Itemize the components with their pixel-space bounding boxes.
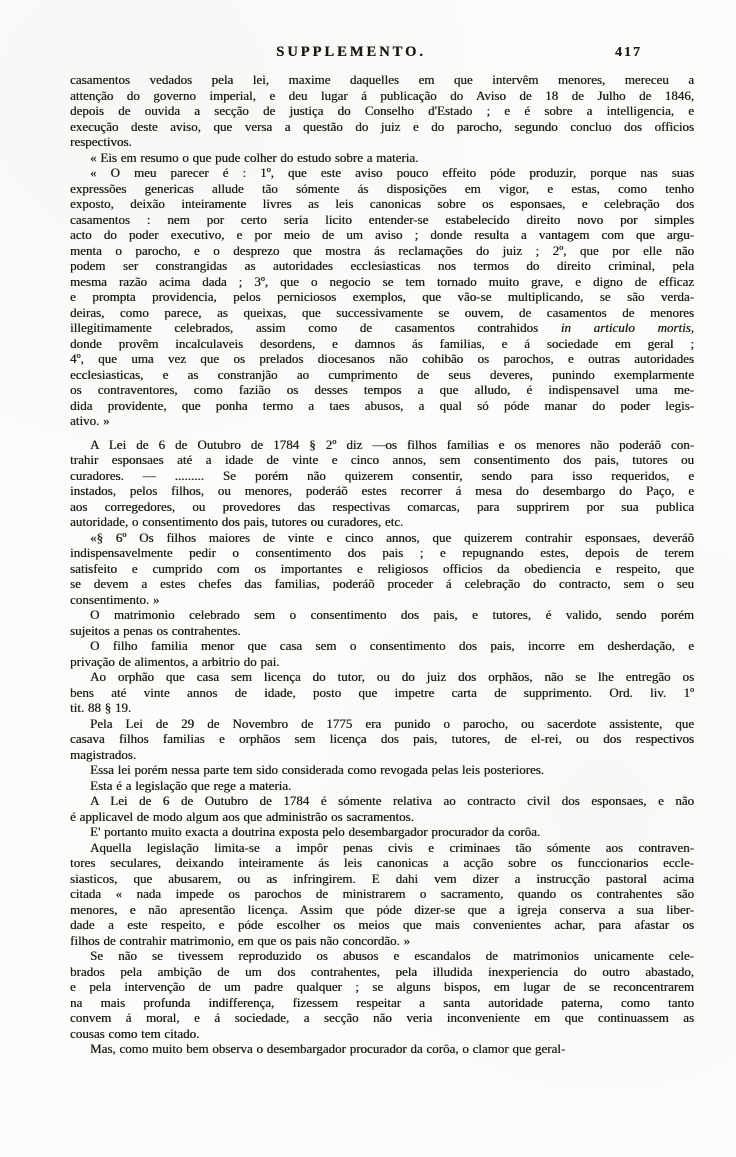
text-line: A Lei de 6 de Outubro de 1784 § 2º diz —… xyxy=(70,437,694,453)
paragraph: A Lei de 6 de Outubro de 1784 § 2º diz —… xyxy=(70,437,694,530)
paragraph: Aquella legislação limita-se a impôr pen… xyxy=(70,840,694,949)
text-line: Essa lei porém nessa parte tem sido cons… xyxy=(70,762,694,778)
page-title: SUPPLEMENTO. xyxy=(0,44,702,61)
paragraph: Ao orphão que casa sem licença do tutor,… xyxy=(70,669,694,716)
text-line: os contraventores, como fazião os desses… xyxy=(70,382,694,398)
text-line: O filho familia menor que casa sem o con… xyxy=(70,638,694,654)
text-line: 4º, que uma vez que os prelados diocesan… xyxy=(70,351,694,367)
text-line: siasticos, que abusarem, ou as infringir… xyxy=(70,871,694,887)
text-line: E' portanto muito exacta a doutrina expo… xyxy=(70,824,694,840)
text-line: se devem a estes chefes das familias, po… xyxy=(70,576,694,592)
text-line: menores, e não apresentão licença. Assim… xyxy=(70,902,694,918)
text-line: A Lei de 6 de Outubro de 1784 é sómente … xyxy=(70,793,694,809)
text-line: e prompta providencia, pelos perniciosos… xyxy=(70,289,694,305)
text-line: consentimento. » xyxy=(70,592,694,608)
text-line: O matrimonio celebrado sem o consentimen… xyxy=(70,607,694,623)
text-line: autoridade, o consentimento dos pais, tu… xyxy=(70,514,694,530)
text-line: magistrados. xyxy=(70,747,694,763)
paragraph: Esta é a legislação que rege a materia. xyxy=(70,778,694,794)
page-number: 417 xyxy=(615,45,642,61)
text-line: mesma razão acima dada ; 3º, que o negoc… xyxy=(70,274,694,290)
text-line: illegitimamente celebrados, assim como d… xyxy=(70,320,694,336)
text-line: deiras, como parece, as queixas, que suc… xyxy=(70,305,694,321)
text-line: aos corregedores, ou provedores das resp… xyxy=(70,499,694,515)
text-line: exposto, deixão inteiramente livres as l… xyxy=(70,196,694,212)
text-segment: illegitimamente celebrados, assim como d… xyxy=(70,320,561,335)
text-line: Mas, como muito bem observa o desembarga… xyxy=(70,1041,694,1057)
text-line: convem á moral, e á sociedade, a secção … xyxy=(70,1010,694,1026)
text-line: menta o parocho, e o desprezo que mostra… xyxy=(70,243,694,259)
paragraph: A Lei de 6 de Outubro de 1784 é sómente … xyxy=(70,793,694,824)
text-line: « O meu parecer é : 1º, que este aviso p… xyxy=(70,165,694,181)
paragraph: casamentos vedados pela lei, maxime daqu… xyxy=(70,72,694,150)
paragraph: Pela Lei de 29 de Novembro de 1775 era p… xyxy=(70,716,694,763)
text-line: Esta é a legislação que rege a materia. xyxy=(70,778,694,794)
text-line: citada « nada impede os parochos de mini… xyxy=(70,886,694,902)
text-line: casava filhos familias e orphãos sem lic… xyxy=(70,731,694,747)
text-line: Aquella legislação limita-se a impôr pen… xyxy=(70,840,694,856)
text-line: dida providente, que ponha termo a taes … xyxy=(70,398,694,414)
text-line: instados, pelos filhos, ou menores, pode… xyxy=(70,483,694,499)
paragraph: O filho familia menor que casa sem o con… xyxy=(70,638,694,669)
text-line: na mais profunda indifferença, fizessem … xyxy=(70,995,694,1011)
text-line: ativo. » xyxy=(70,413,694,429)
scanned-book-page: SUPPLEMENTO. 417 casamentos vedados pela… xyxy=(0,0,736,1157)
text-line: depois de ouvida a secção de justiça do … xyxy=(70,103,694,119)
text-line: execução deste aviso, que versa a questã… xyxy=(70,119,694,135)
text-line: « Eis em resumo o que pude colher do est… xyxy=(70,150,694,166)
text-line: attenção do governo imperial, e deu luga… xyxy=(70,88,694,104)
text-line: e pela intervenção de um padre qualquer … xyxy=(70,979,694,995)
text-line: bens até vinte annos de idade, posto que… xyxy=(70,685,694,701)
text-line: respectivos. xyxy=(70,134,694,150)
text-line: ecclesiasticas, e as constranjão ao cump… xyxy=(70,367,694,383)
text-line: filhos de contrahir matrimonio, em que o… xyxy=(70,933,694,949)
paragraph: Se não se tivessem reproduzido os abusos… xyxy=(70,948,694,1041)
text-line: «§ 6º Os filhos maiores de vinte e cinco… xyxy=(70,530,694,546)
text-line: podem ser constrangidas as autoridades e… xyxy=(70,258,694,274)
text-line: satisfeito e cumprido com os importantes… xyxy=(70,561,694,577)
text-line: Pela Lei de 29 de Novembro de 1775 era p… xyxy=(70,716,694,732)
text-line: privação de alimentos, a arbitrio do pai… xyxy=(70,654,694,670)
paragraph: Essa lei porém nessa parte tem sido cons… xyxy=(70,762,694,778)
text-line: indispensavelmente pedir o consentimento… xyxy=(70,545,694,561)
text-line: expressões genericas allude tão sómente … xyxy=(70,181,694,197)
text-line: cousas como tem citado. xyxy=(70,1026,694,1042)
text-line: Ao orphão que casa sem licença do tutor,… xyxy=(70,669,694,685)
text-line: tores seculares, deixando inteiramente á… xyxy=(70,855,694,871)
paragraph: «§ 6º Os filhos maiores de vinte e cinco… xyxy=(70,530,694,608)
text-line: acto do poder executivo, e por meio de u… xyxy=(70,227,694,243)
text-line: curadores. — ......... Se porém não quiz… xyxy=(70,468,694,484)
text-line: é applicavel de modo algum aos que admin… xyxy=(70,809,694,825)
text-line: trahir esponsaes até a idade de vinte e … xyxy=(70,452,694,468)
text-line: dade a este respeito, e póde escolher os… xyxy=(70,917,694,933)
text-line: casamentos : nem por certo seria licito … xyxy=(70,212,694,228)
paragraph: « O meu parecer é : 1º, que este aviso p… xyxy=(70,165,694,429)
text-block: casamentos vedados pela lei, maxime daqu… xyxy=(70,72,694,1057)
paragraph: Mas, como muito bem observa o desembarga… xyxy=(70,1041,694,1057)
text-line: Se não se tivessem reproduzido os abusos… xyxy=(70,948,694,964)
text-line: donde provêm incalculaveis desordens, e … xyxy=(70,336,694,352)
italic-phrase: in articulo mortis, xyxy=(561,320,694,335)
text-line: sujeitos a penas os contrahentes. xyxy=(70,623,694,639)
paragraph: E' portanto muito exacta a doutrina expo… xyxy=(70,824,694,840)
text-line: brados pela ambição de um dos contrahent… xyxy=(70,964,694,980)
text-line: casamentos vedados pela lei, maxime daqu… xyxy=(70,72,694,88)
text-line: tit. 88 § 19. xyxy=(70,700,694,716)
paragraph: « Eis em resumo o que pude colher do est… xyxy=(70,150,694,166)
paragraph: O matrimonio celebrado sem o consentimen… xyxy=(70,607,694,638)
